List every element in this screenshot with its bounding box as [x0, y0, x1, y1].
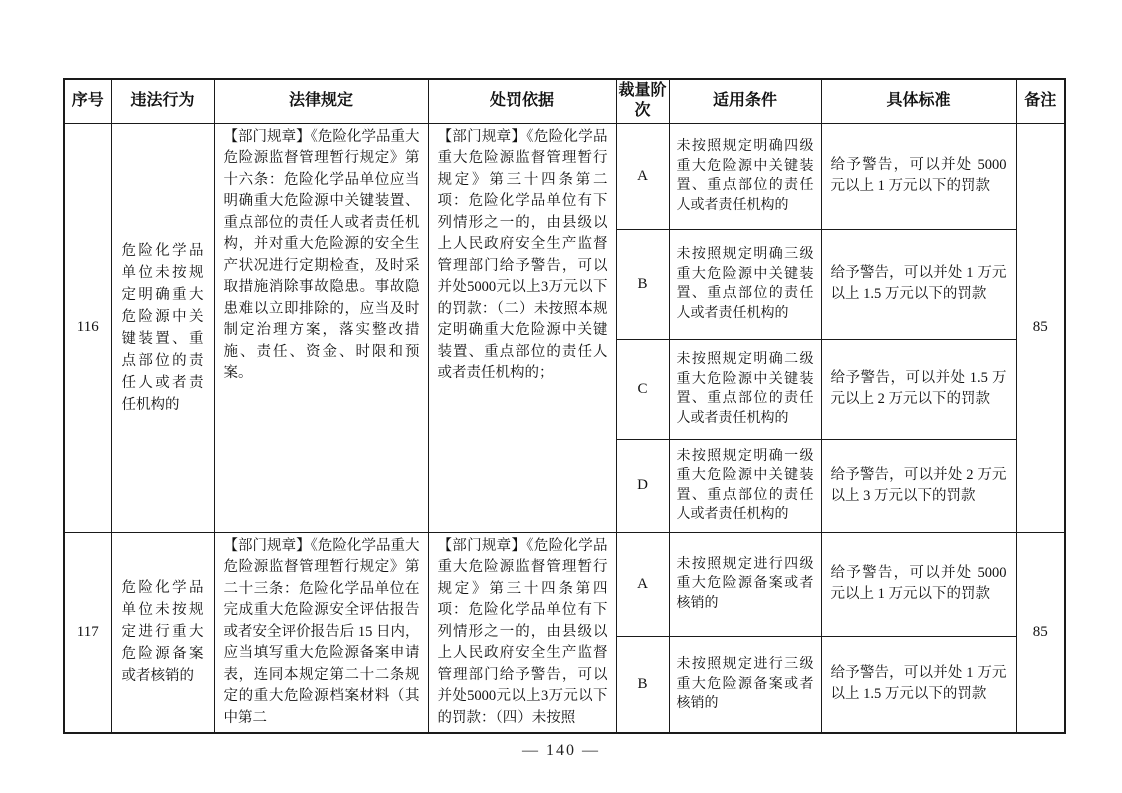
tier-level-cell: B	[616, 636, 669, 733]
standard-cell: 给予警告，可以并处 5000 元以上 1 万元以下的罚款	[821, 123, 1016, 229]
condition-cell: 未按照规定明确三级重大危险源中关键装置、重点部位的责任人或者责任机构的	[669, 229, 821, 339]
standard-cell: 给予警告，可以并处 2 万元以上 3 万元以下的罚款	[821, 439, 1016, 532]
col-header-violation: 违法行为	[111, 79, 214, 123]
penalty-table: 序号违法行为法律规定处罚依据裁量阶次适用条件具体标准备注 116危险化学品单位未…	[63, 78, 1066, 734]
standard-cell: 给予警告，可以并处 1 万元以上 1.5 万元以下的罚款	[821, 636, 1016, 733]
remark-cell: 85	[1016, 123, 1065, 532]
tier-level-cell: A	[616, 532, 669, 636]
document-page: 序号违法行为法律规定处罚依据裁量阶次适用条件具体标准备注 116危险化学品单位未…	[0, 0, 1122, 793]
col-header-standard: 具体标准	[821, 79, 1016, 123]
table-body: 116危险化学品单位未按规定明确重大危险源中关键装置、重点部位的责任人或者责任机…	[64, 123, 1065, 733]
legal-provision-cell: 【部门规章】《危险化学品重大危险源监督管理暂行规定》第二十三条：危险化学品单位在…	[214, 532, 428, 733]
table-header-row: 序号违法行为法律规定处罚依据裁量阶次适用条件具体标准备注	[64, 79, 1065, 123]
col-header-remark: 备注	[1016, 79, 1065, 123]
col-header-index: 序号	[64, 79, 111, 123]
col-header-tier: 裁量阶次	[616, 79, 669, 123]
col-header-condition: 适用条件	[669, 79, 821, 123]
penalty-basis-cell: 【部门规章】《危险化学品重大危险源监督管理暂行规定》第三十四条第二项：危险化学品…	[428, 123, 616, 532]
condition-cell: 未按照规定明确一级重大危险源中关键装置、重点部位的责任人或者责任机构的	[669, 439, 821, 532]
tier-row: 116危险化学品单位未按规定明确重大危险源中关键装置、重点部位的责任人或者责任机…	[64, 123, 1065, 229]
tier-row: 117危险化学品单位未按规定进行重大危险源备案或者核销的【部门规章】《危险化学品…	[64, 532, 1065, 636]
condition-cell: 未按照规定明确二级重大危险源中关键装置、重点部位的责任人或者责任机构的	[669, 339, 821, 439]
condition-cell: 未按照规定明确四级重大危险源中关键装置、重点部位的责任人或者责任机构的	[669, 123, 821, 229]
page-number: — 140 —	[0, 742, 1122, 760]
tier-level-cell: A	[616, 123, 669, 229]
violation-cell: 危险化学品单位未按规定明确重大危险源中关键装置、重点部位的责任人或者责任机构的	[111, 123, 214, 532]
col-header-penalty-basis: 处罚依据	[428, 79, 616, 123]
row-index: 116	[64, 123, 111, 532]
standard-cell: 给予警告，可以并处 1.5 万元以上 2 万元以下的罚款	[821, 339, 1016, 439]
standard-cell: 给予警告，可以并处 5000 元以上 1 万元以下的罚款	[821, 532, 1016, 636]
standard-cell: 给予警告，可以并处 1 万元以上 1.5 万元以下的罚款	[821, 229, 1016, 339]
condition-cell: 未按照规定进行四级重大危险源备案或者核销的	[669, 532, 821, 636]
header-row: 序号违法行为法律规定处罚依据裁量阶次适用条件具体标准备注	[64, 79, 1065, 123]
row-index: 117	[64, 532, 111, 733]
penalty-basis-cell: 【部门规章】《危险化学品重大危险源监督管理暂行规定》第三十四条第四项：危险化学品…	[428, 532, 616, 733]
tier-level-cell: D	[616, 439, 669, 532]
tier-level-cell: B	[616, 229, 669, 339]
condition-cell: 未按照规定进行三级重大危险源备案或者核销的	[669, 636, 821, 733]
tier-level-cell: C	[616, 339, 669, 439]
legal-provision-cell: 【部门规章】《危险化学品重大危险源监督管理暂行规定》第十六条：危险化学品单位应当…	[214, 123, 428, 532]
violation-cell: 危险化学品单位未按规定进行重大危险源备案或者核销的	[111, 532, 214, 733]
col-header-legal-provision: 法律规定	[214, 79, 428, 123]
remark-cell: 85	[1016, 532, 1065, 733]
